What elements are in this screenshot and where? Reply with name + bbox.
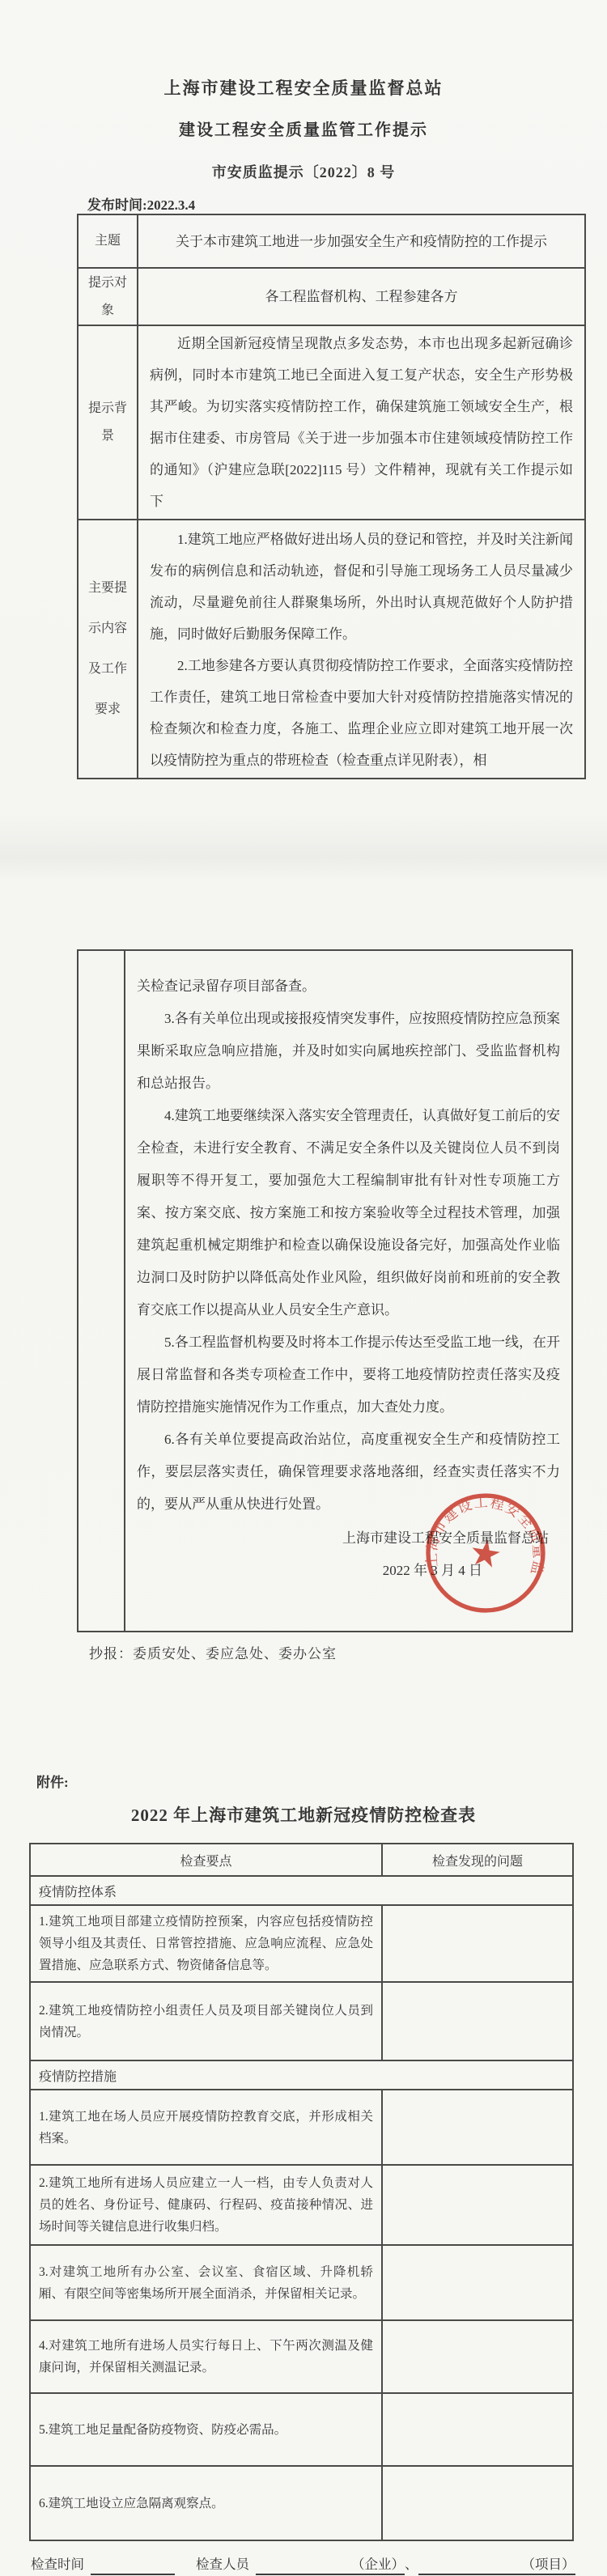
inspector-company-blank — [256, 2557, 351, 2575]
inspection-time-label: 检查时间 — [31, 2557, 84, 2572]
table-row: 2.建筑工地所有进场人员应建立一人一档，由专人负责对人员的姓名、身份证号、健康码… — [30, 2165, 573, 2245]
table-row-audience: 提示对象 各工程监督机构、工程参建各方 — [78, 268, 585, 325]
table-row-continuation: 关检查记录留存项目部备查。 3.各有关单位出现或接报疫情突发事件，应按照疫情防控… — [78, 950, 572, 1632]
check-point: 5.建筑工地足量配备防疫物资、防疫必需品。 — [30, 2393, 382, 2466]
main-content-label: 主要提示内容及工作要求 — [78, 520, 138, 779]
inspector-label: 检查人员 — [196, 2557, 249, 2572]
problem-cell-empty — [382, 2466, 573, 2540]
problem-cell-empty — [382, 2090, 573, 2165]
problem-cell-empty — [382, 2320, 573, 2393]
section-title: 疫情防控体系 — [30, 1876, 573, 1905]
main-paragraph-5: 5.各工程监督机构要及时将本工作提示传达至受监工地一线，在开展日常监督和各类专项… — [137, 1326, 560, 1424]
check-point: 2.建筑工地所有进场人员应建立一人一档，由专人负责对人员的姓名、身份证号、健康码… — [30, 2165, 382, 2245]
table-row: 2.建筑工地疫情防控小组责任人员及项目部关键岗位人员到岗情况。 — [30, 1982, 573, 2060]
publish-date: 发布时间:2022.3.4 — [87, 197, 607, 214]
check-point: 1.建筑工地在场人员应开展疫情防控教育交底，并形成相关档案。 — [30, 2090, 382, 2165]
notice-continuation-table: 关检查记录留存项目部备查。 3.各有关单位出现或接报疫情突发事件，应按照疫情防控… — [77, 949, 573, 1632]
table-row-background: 提示背景 近期全国新冠疫情呈现散点多发态势，本市也出现多起新冠确诊病例，同时本市… — [78, 325, 585, 520]
doc-title: 建设工程安全质量监管工作提示 — [0, 119, 607, 142]
company-suffix: （企业） — [351, 2554, 405, 2575]
table-row-subject: 主题 关于本市建筑工地进一步加强安全生产和疫情防控的工作提示 — [78, 214, 585, 268]
problem-cell-empty — [382, 2165, 573, 2245]
table-row: 3.对建筑工地所有办公室、会议室、食宿区域、升降机轿厢、有限空间等密集场所开展全… — [30, 2245, 573, 2320]
org-title: 上海市建设工程安全质量监督总站 — [0, 77, 607, 100]
main-content-page2: 关检查记录留存项目部备查。 3.各有关单位出现或接报疫情突发事件，应按照疫情防控… — [125, 950, 572, 1632]
inspector-project-blank — [418, 2557, 522, 2575]
notice-info-table: 主题 关于本市建筑工地进一步加强安全生产和疫情防控的工作提示 提示对象 各工程监… — [77, 214, 586, 779]
check-point: 4.对建筑工地所有进场人员实行每日上、下午两次测温及健康问询，并保留相关测温记录… — [30, 2320, 382, 2393]
project-suffix: （项目） — [522, 2554, 575, 2575]
attachment-title: 2022 年上海市建筑工地新冠疫情防控检查表 — [0, 1804, 607, 1827]
problem-cell-empty — [382, 1982, 573, 2060]
column-header-points: 检查要点 — [30, 1844, 382, 1876]
doc-number: 市安质监提示〔2022〕8 号 — [0, 163, 607, 182]
subject-label: 主题 — [78, 214, 138, 268]
subject-value: 关于本市建筑工地进一步加强安全生产和疫情防控的工作提示 — [138, 214, 585, 268]
main-paragraph-1: 1.建筑工地应严格做好进出场人员的登记和管控，并及时关注新闻发布的病例信息和活动… — [150, 524, 573, 650]
top-margin — [0, 0, 607, 77]
background-paragraph: 近期全国新冠疫情呈现散点多发态势，本市也出现多起新冠确诊病例，同时本市建筑工地已… — [150, 328, 573, 517]
footer-separator: 、 — [405, 2557, 418, 2572]
checklist-table: 检查要点 检查发现的问题 疫情防控体系 1.建筑工地项目部建立疫情防控预案，内容… — [29, 1843, 574, 2541]
audience-label: 提示对象 — [78, 268, 138, 325]
column-header-problems: 检查发现的问题 — [382, 1844, 573, 1876]
table-row: 1.建筑工地项目部建立疫情防控预案，内容应包括疫情防控领导小组及其责任、日常管控… — [30, 1905, 573, 1982]
table-row: 4.对建筑工地所有进场人员实行每日上、下午两次测温及健康问询，并保留相关测温记录… — [30, 2320, 573, 2393]
table-row: 1.建筑工地在场人员应开展疫情防控教育交底，并形成相关档案。 — [30, 2090, 573, 2165]
background-value: 近期全国新冠疫情呈现散点多发态势，本市也出现多起新冠确诊病例，同时本市建筑工地已… — [138, 325, 585, 520]
checklist-header-row: 检查要点 检查发现的问题 — [30, 1844, 573, 1876]
checklist-footer: 检查时间检查人员（企业）、（项目） — [31, 2554, 607, 2575]
table-row-main-content: 主要提示内容及工作要求 1.建筑工地应严格做好进出场人员的登记和管控，并及时关注… — [78, 520, 585, 779]
signature-date: 2022 年 3 月 4 日 — [137, 1555, 560, 1587]
main-paragraph-2: 2.工地参建各方要认真贯彻疫情防控工作要求，全面落实疫情防控工作责任，建筑工地日… — [150, 650, 573, 776]
check-point: 1.建筑工地项目部建立疫情防控预案，内容应包括疫情防控领导小组及其责任、日常管控… — [30, 1905, 382, 1982]
audience-value: 各工程监督机构、工程参建各方 — [138, 268, 585, 325]
main-paragraph-6: 6.各有关单位要提高政治站位，高度重视安全生产和疫情防控工作，要层层落实责任，确… — [137, 1424, 560, 1521]
section-row: 疫情防控措施 — [30, 2060, 573, 2090]
section-title: 疫情防控措施 — [30, 2060, 573, 2090]
problem-cell-empty — [382, 2245, 573, 2320]
copy-report-line: 抄报：委质安处、委应急处、委办公室 — [89, 1644, 607, 1665]
main-paragraph-4: 4.建筑工地要继续深入落实安全管理责任，认真做好复工前后的安全检查，未进行安全教… — [137, 1100, 560, 1326]
page-break — [0, 779, 607, 949]
check-point: 3.对建筑工地所有办公室、会议室、食宿区域、升降机轿厢、有限空间等密集场所开展全… — [30, 2245, 382, 2320]
main-paragraph-2-cont: 关检查记录留存项目部备查。 — [137, 970, 560, 1003]
problem-cell-empty — [382, 1905, 573, 1982]
scanned-document: 上海市建设工程安全质量监督总站 建设工程安全质量监管工作提示 市安质监提示〔20… — [0, 0, 607, 2576]
inspection-time-blank — [91, 2557, 175, 2575]
main-paragraph-3: 3.各有关单位出现或接报疫情突发事件，应按照疫情防控应急预案果断采取应急响应措施… — [137, 1003, 560, 1100]
signature-org: 上海市建设工程安全质量监督总站 — [137, 1522, 560, 1555]
table-row: 5.建筑工地足量配备防疫物资、防疫必需品。 — [30, 2393, 573, 2466]
signature-block: 上海市建设工程安全质量监督总站 2022 年 3 月 4 日 上海市建设工程安全… — [137, 1522, 560, 1587]
check-point: 6.建筑工地设立应急隔离观察点。 — [30, 2466, 382, 2540]
attachment-label: 附件: — [36, 1773, 607, 1793]
problem-cell-empty — [382, 2393, 573, 2466]
check-point: 2.建筑工地疫情防控小组责任人员及项目部关键岗位人员到岗情况。 — [30, 1982, 382, 2060]
main-content-page1: 1.建筑工地应严格做好进出场人员的登记和管控，并及时关注新闻发布的病例信息和活动… — [138, 520, 585, 779]
continuation-label-empty — [78, 950, 125, 1632]
section-row: 疫情防控体系 — [30, 1876, 573, 1905]
background-label: 提示背景 — [78, 325, 138, 520]
table-row: 6.建筑工地设立应急隔离观察点。 — [30, 2466, 573, 2540]
